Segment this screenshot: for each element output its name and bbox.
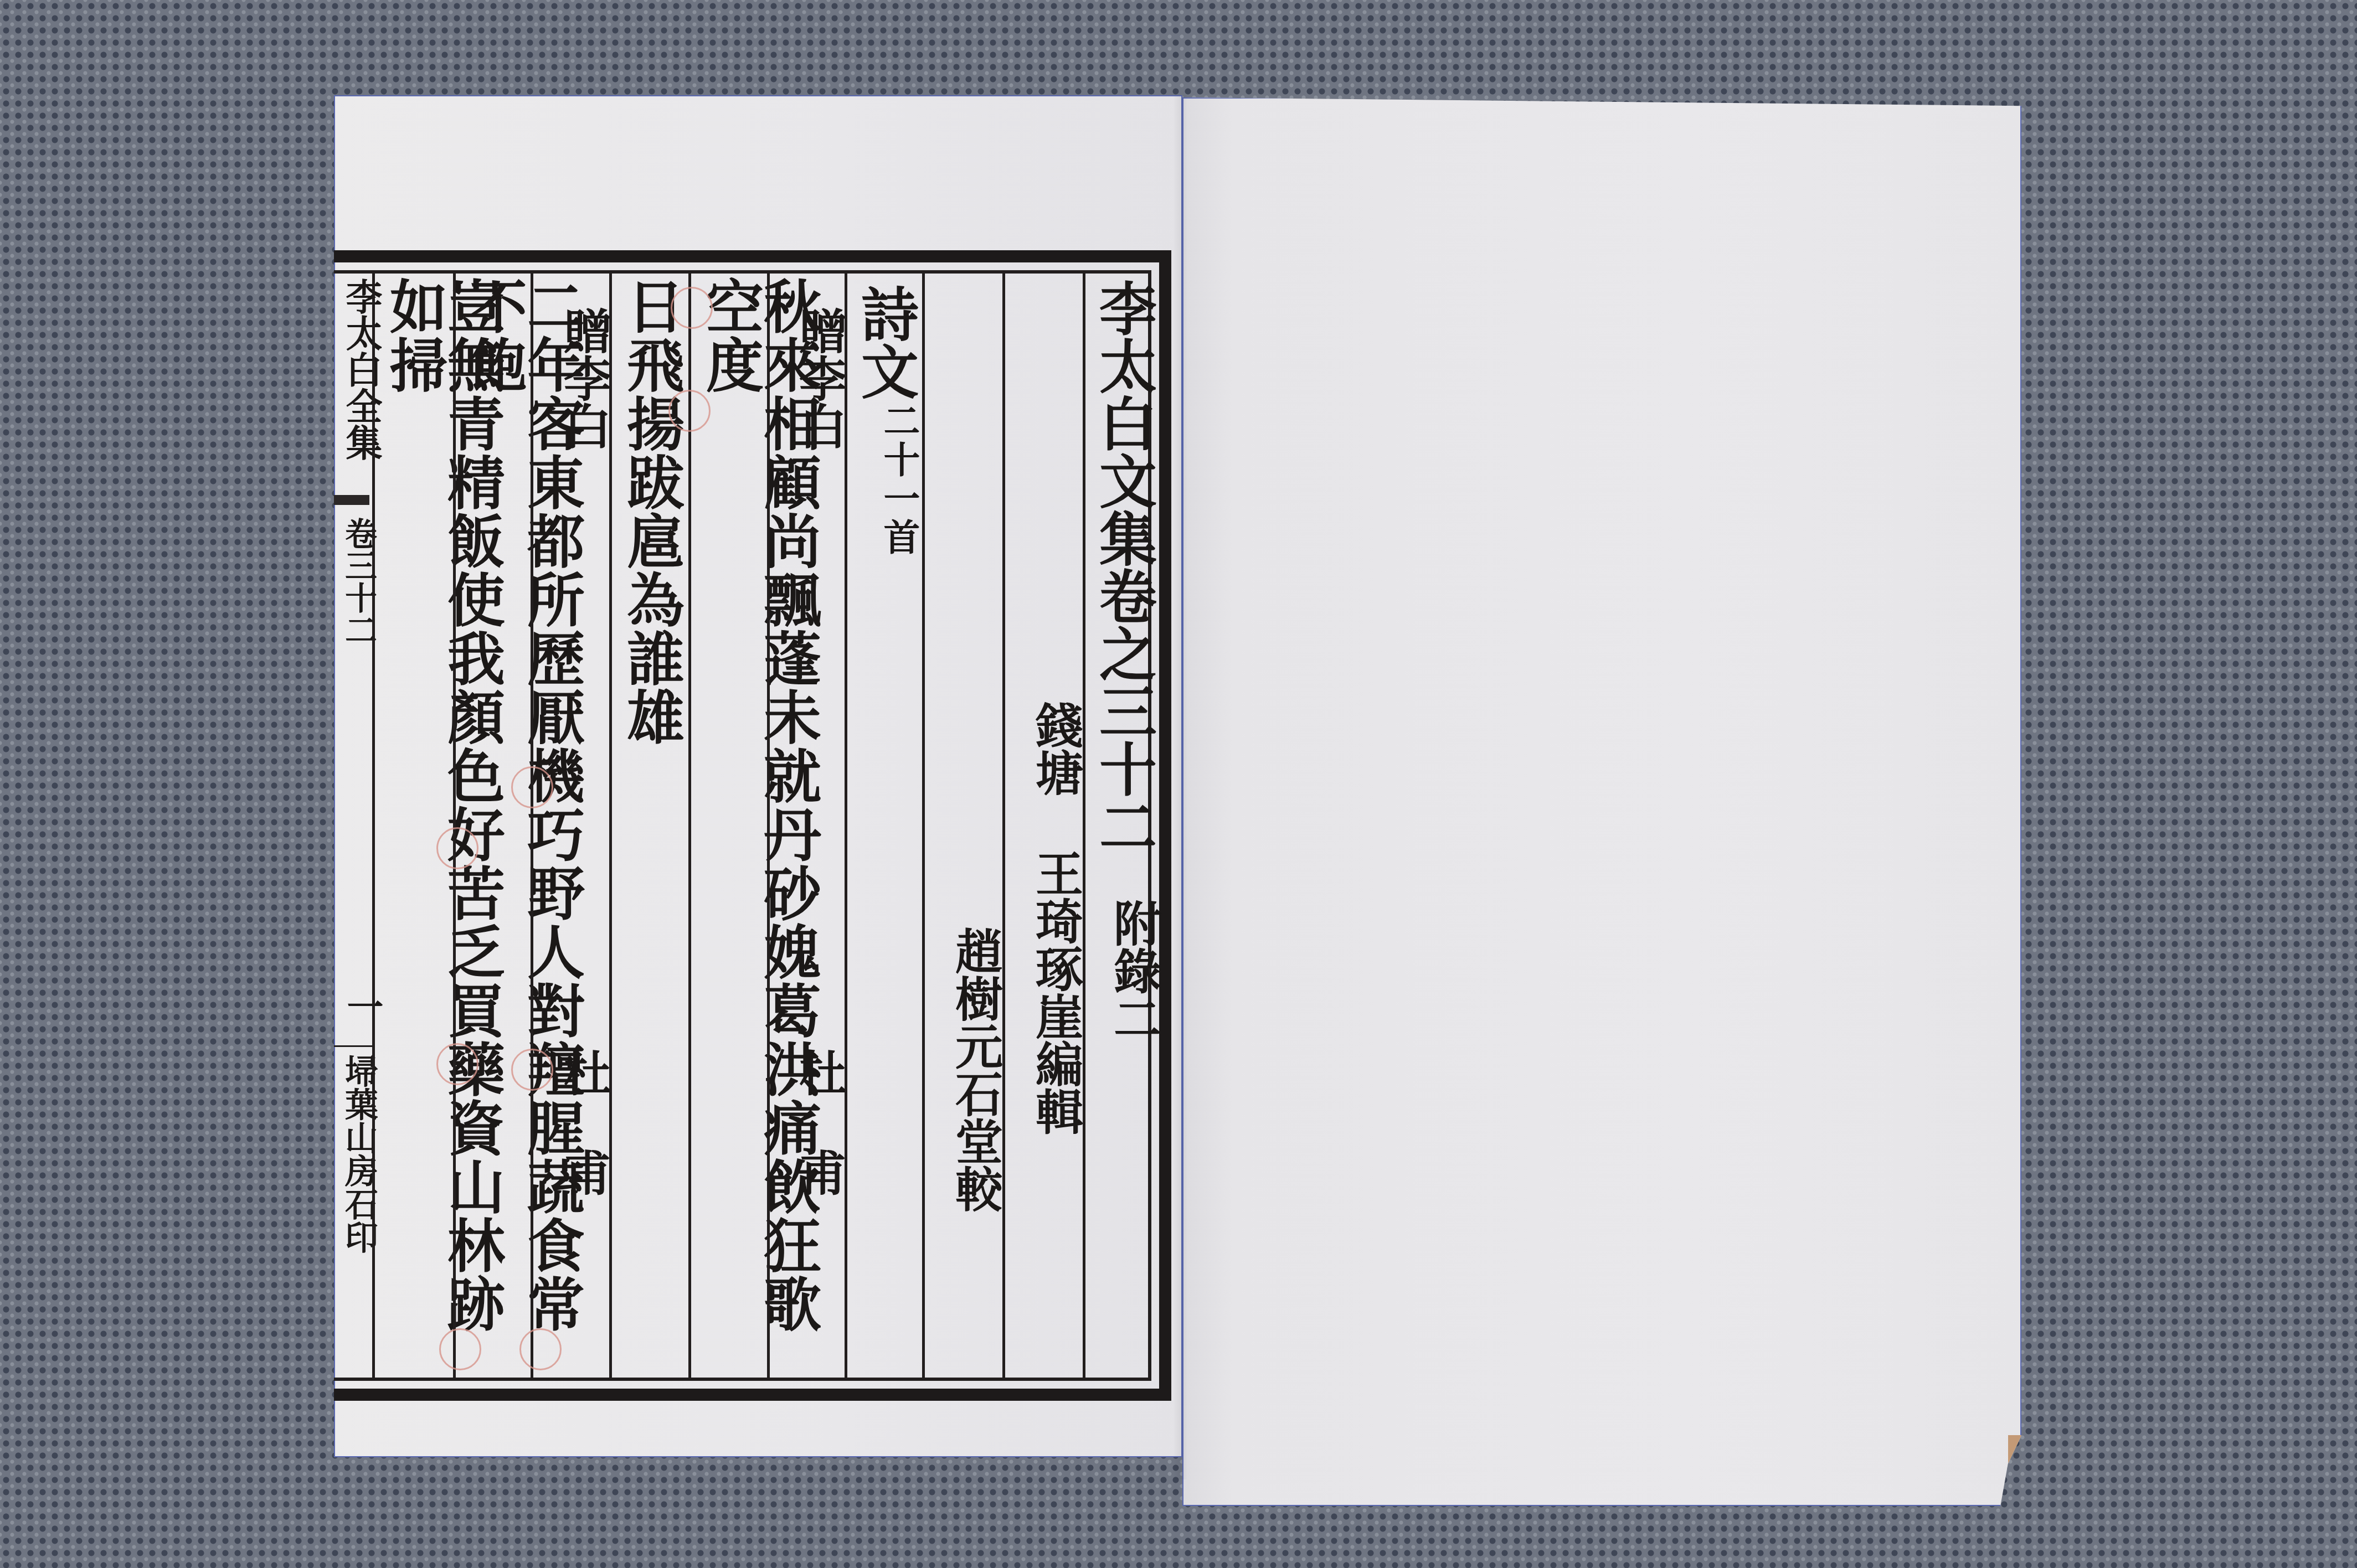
punctuation-circle — [436, 1043, 478, 1085]
text-column-section-heading: 詩文 二十一首 — [845, 274, 922, 1378]
punctuation-circle — [436, 827, 478, 869]
punctuation-circle — [519, 1328, 562, 1370]
right-page-blank — [1182, 97, 2021, 1506]
poem1-title: 贈李白 — [784, 307, 853, 450]
margin-divider — [334, 1045, 372, 1047]
punctuation-circle — [511, 1049, 553, 1091]
text-column-poem2-line1: 二年客東都所歷厭機巧野人對羶腥蔬食常不飽 — [453, 274, 531, 1378]
punctuation-circle — [671, 287, 713, 329]
editor-place: 錢塘 — [1021, 701, 1089, 796]
punctuation-circle — [668, 390, 711, 432]
main-title: 李太白文集卷之三十二 — [1094, 279, 1152, 855]
poem1-line2: 日飛揚跋扈為誰雄 — [622, 277, 680, 746]
appendix-label: 附錄二 — [1099, 899, 1167, 1042]
section-count: 二十一首 — [873, 402, 925, 557]
inner-frame: 李太白全集 卷三十二 一 埽葉山房石印 豈無青精飯使我顏色好苦乏買藥資山林跡如掃… — [334, 270, 1151, 1381]
text-column-poem2-title: 贈李白 杜 甫 — [531, 274, 609, 1378]
printed-frame: 李太白全集 卷三十二 一 埽葉山房石印 豈無青精飯使我顏色好苦乏買藥資山林跡如掃… — [334, 250, 1171, 1401]
poem2-author-given: 甫 — [549, 1148, 617, 1196]
punctuation-circle — [439, 1328, 481, 1370]
text-column-poem1-title: 贈李白 杜 甫 — [767, 274, 845, 1378]
fishtail-mark — [334, 495, 369, 505]
poem1-author-surname: 杜 — [784, 1049, 853, 1096]
punctuation-circle — [511, 766, 553, 808]
margin-column: 李太白全集 卷三十二 一 埽葉山房石印 — [334, 274, 372, 1378]
book-gutter — [1173, 95, 1187, 1479]
text-column-poem1-line2: 日飛揚跋扈為誰雄 — [609, 274, 688, 1378]
text-column-poem1-line1: 秋來相顧尚飄蓬未就丹砂媿葛洪痛飲狂歌空度 — [688, 274, 767, 1378]
text-column-poem2-line2: 豈無青精飯使我顏色好苦乏買藥資山林跡如掃 — [372, 274, 453, 1378]
editor-line: 王琦琢崖編輯 — [1021, 849, 1089, 1135]
poem2-author-surname: 杜 — [549, 1049, 617, 1096]
poem1-author-given: 甫 — [784, 1148, 853, 1196]
collator-line: 趙樹元石堂較 — [940, 927, 1009, 1213]
section-heading: 詩文 — [856, 285, 914, 400]
text-column-editor: 錢塘 王琦琢崖編輯 — [1002, 274, 1083, 1378]
text-column-collator: 趙樹元石堂較 — [922, 274, 1002, 1378]
text-column-title: 李太白文集卷之三十二 附錄二 — [1083, 274, 1160, 1378]
poem2-title: 贈李白 — [549, 307, 617, 450]
